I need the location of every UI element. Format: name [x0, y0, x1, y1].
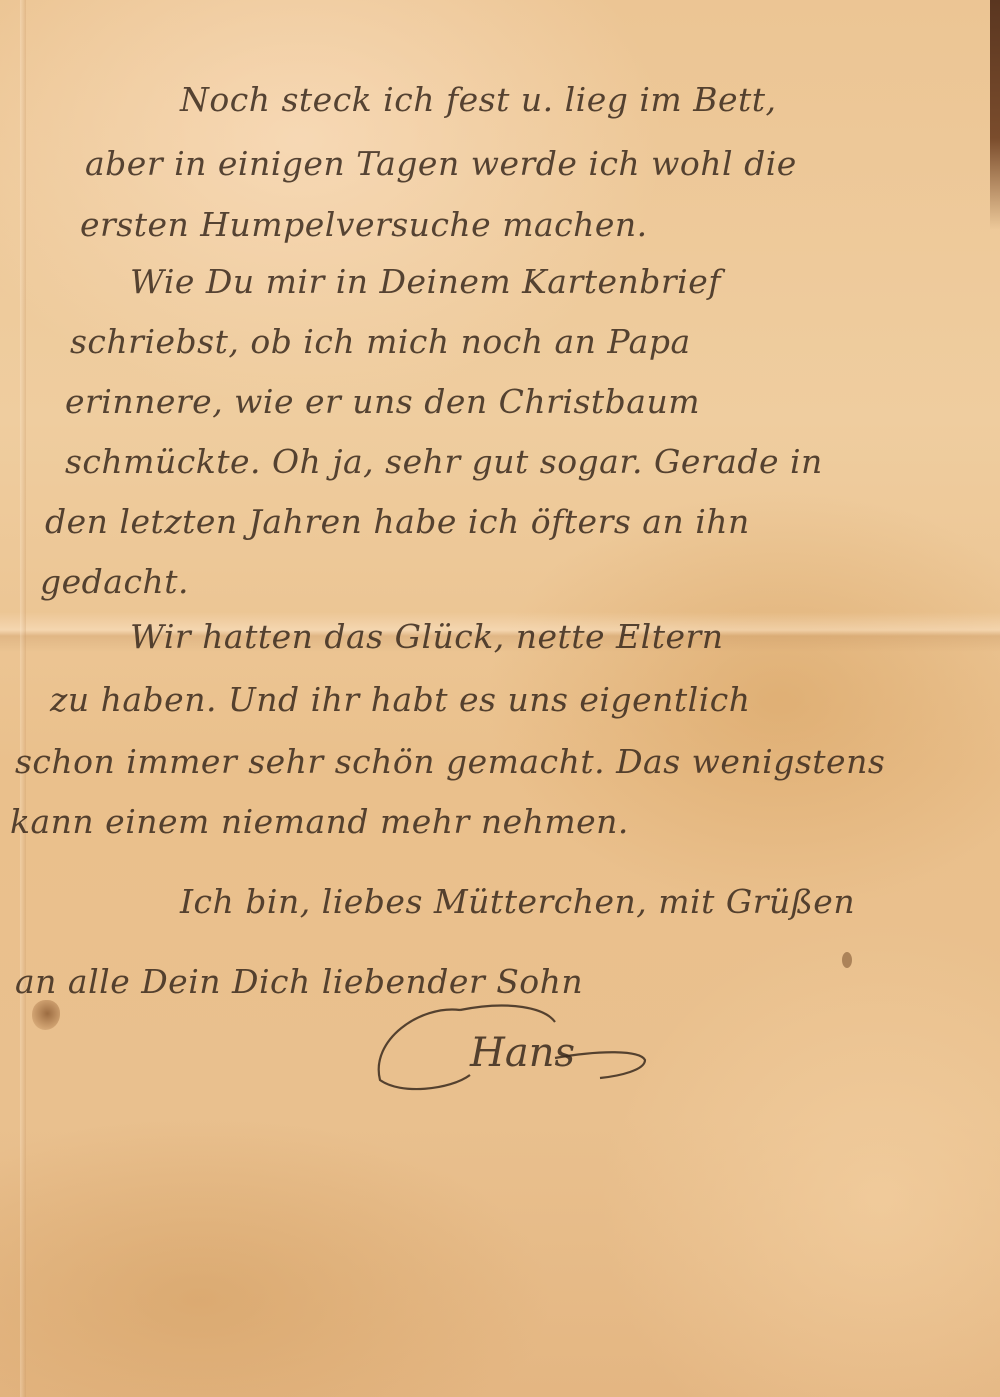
letter-line: Wie Du mir in Deinem Kartenbrief	[130, 262, 721, 301]
letter-line: Noch steck ich fest u. lieg im Bett,	[180, 80, 776, 119]
letter-line: zu haben. Und ihr habt es uns eigentlich	[50, 680, 750, 719]
letter-line: erinnere, wie er uns den Christbaum	[65, 382, 700, 421]
letter-line: kann einem niemand mehr nehmen.	[10, 802, 629, 841]
signature: Hans	[360, 1000, 680, 1100]
letter-line: an alle Dein Dich liebender Sohn	[15, 962, 583, 1001]
letter-body: Noch steck ich fest u. lieg im Bett,aber…	[0, 0, 1000, 1397]
signature-name: Hans	[470, 1030, 575, 1076]
letter-line: schon immer sehr schön gemacht. Das weni…	[15, 742, 885, 781]
letter-line: den letzten Jahren habe ich öfters an ih…	[45, 502, 750, 541]
letter-line: Wir hatten das Glück, nette Eltern	[130, 617, 724, 656]
letter-line: gedacht.	[40, 562, 189, 601]
letter-line: aber in einigen Tagen werde ich wohl die	[85, 144, 797, 183]
letter-line: Ich bin, liebes Mütterchen, mit Grüßen	[180, 882, 855, 921]
letter-line: schmückte. Oh ja, sehr gut sogar. Gerade…	[65, 442, 823, 481]
letter-line: schriebst, ob ich mich noch an Papa	[70, 322, 691, 361]
letter-line: ersten Humpelversuche machen.	[80, 205, 648, 244]
